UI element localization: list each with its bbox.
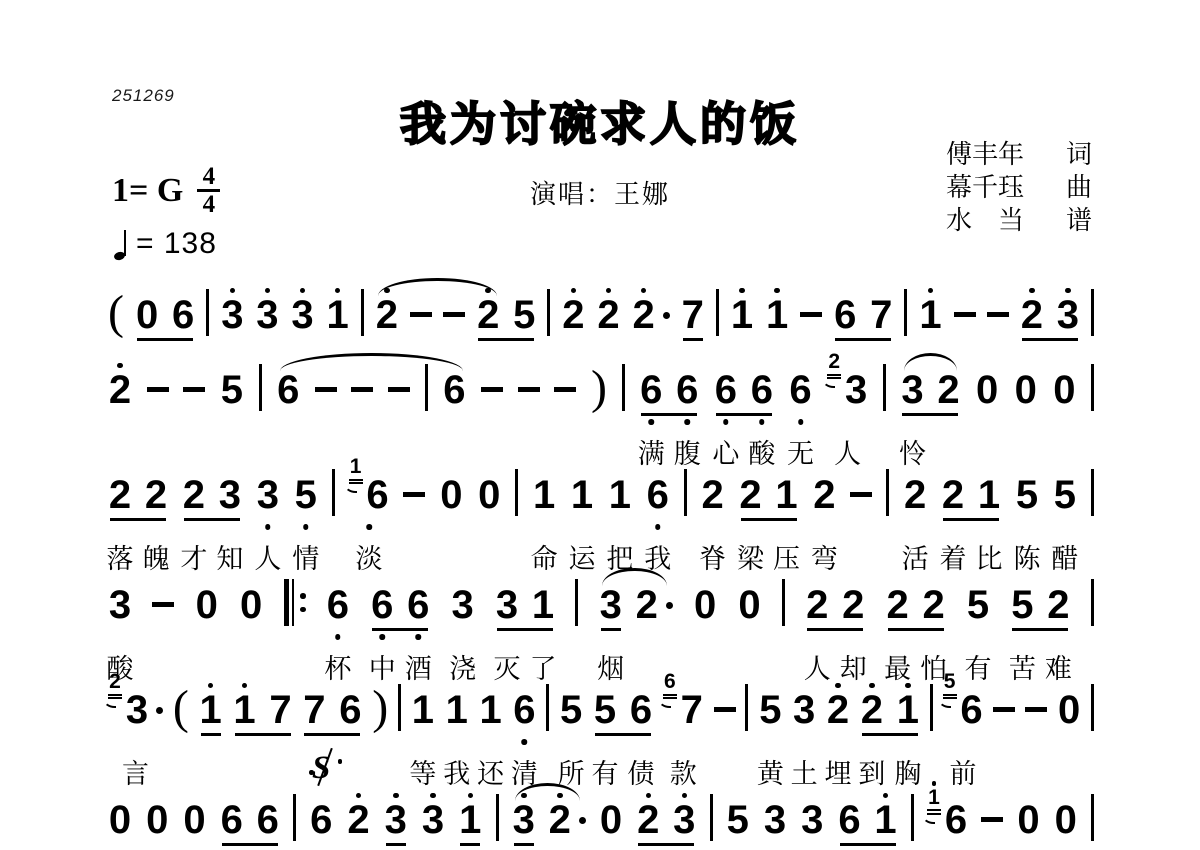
note-body: 1 [531,573,555,625]
note-body: 6 [646,463,670,515]
note-body: 2 [632,283,670,335]
note: 3 [763,788,787,840]
duration-dash [850,492,872,497]
digit-column: 0 [738,573,762,625]
note-digit: 6 [750,370,774,410]
digit-column: 3 [763,788,787,840]
note: 1 [326,283,350,335]
note: 23人 [827,358,868,410]
note: 1 [874,788,898,840]
digit-column: 2 [701,463,725,515]
note-digit: 3 [1056,295,1080,335]
beam-group: 17 [233,678,293,730]
note: 5黄 [758,678,782,730]
duration-dash [183,387,205,392]
digit-column: 2 [182,463,206,515]
digit-column: 6 [326,573,350,625]
note: 0 [693,573,717,625]
lyric: 债 [627,752,654,791]
digit-column: 6 [338,678,362,730]
digit-column: 3 [255,283,279,335]
digit-column: 6 [220,788,244,840]
digit-column: 0 [975,358,999,410]
digit-column: 6 [838,788,862,840]
digit-column: 6 [789,358,813,410]
grace-note: 2 [827,351,841,379]
note-body: 3 [800,788,824,840]
note: 3 [384,788,408,840]
note-body: 6 [171,283,195,335]
note-row: 2落2魄2才3知3人5情16淡001命1运1把6我2脊2梁1压2弯2活2着1比5… [108,463,1094,527]
note: 1胸 [896,678,920,730]
lyric: 有 [591,752,618,791]
note-digit: 2 [561,295,585,335]
duration-dash [518,387,540,392]
digit-column: 6 [833,283,857,335]
tempo-value: = 138 [136,227,217,261]
digit-column: 6 [675,358,699,410]
note: 2到 [860,678,884,730]
note: 1等 [411,678,435,730]
note-digit: 5 [1010,585,1034,625]
note-body: 3 [672,788,696,840]
digit-column: 0 [439,463,463,515]
note-digit: 7 [680,690,704,730]
digit-column: 0 [239,573,263,625]
digit-column: 2 [941,463,965,515]
note-digit: 3 [495,585,519,625]
digit-column: 1 [479,678,503,730]
digit-column: 0 [599,788,623,840]
note: 2落 [108,463,132,515]
note-body: 6 [675,358,699,410]
note-body: 0 [135,283,159,335]
note-body: 0 [195,573,219,625]
barline [547,289,550,336]
note: 3土 [792,678,816,730]
note-body: 6 [833,283,857,335]
note-digit: 0 [183,800,207,840]
digit-column: 0 [135,283,159,335]
note-body: 1 [233,678,257,730]
note-body: 3 [763,788,787,840]
note-body: 6 [714,358,738,410]
note: 1把 [608,463,632,515]
digit-column: 6 [629,678,653,730]
digit-column: 3 [384,788,408,840]
barline [206,289,209,336]
note: 6中 [370,573,394,625]
note-body: 2 [826,678,850,730]
lyric: 胸 [894,752,921,791]
note: 5苦 [1010,573,1034,625]
note-body: 2 [347,788,371,840]
note-body: 1 [326,283,350,335]
note: 0 [135,283,159,335]
digit-column: 3 [291,283,315,335]
digit-column: 5 [758,678,782,730]
note-digit: 5 [294,475,318,515]
digit-column: 5 [593,678,617,730]
note-body: 3 [256,463,280,515]
digit-column: 0 [1017,788,1041,840]
beam-group: 67 [833,283,893,335]
note-digit: 2 [635,585,659,625]
note: 6酸 [750,358,774,410]
beam-group: 3灭1了 [495,573,555,625]
note-digit: 2 [632,295,656,335]
note-body: 23 [827,358,868,410]
duration-dash [443,312,465,317]
credit-role: 词 [1066,138,1092,171]
note: 3 [421,788,445,840]
note-body: 2 [636,788,660,840]
note-body: 2 [561,283,585,335]
note: 2 [632,283,670,335]
lyric: 脊 [699,537,726,576]
note-body: 7 [302,678,326,730]
note-digit: 2 [739,475,763,515]
note-digit: 5 [1015,475,1039,515]
digit-column: 2 [561,283,585,335]
note: 7 [681,283,705,335]
digit-column: 2 [1020,283,1044,335]
note-body: 5 [220,358,244,410]
digit-column: 1 [233,678,257,730]
digit-column: 1 [919,283,943,335]
digit-column: 2 [739,463,763,515]
digit-column: 1 [445,678,469,730]
lyric: 陈 [1013,537,1040,576]
note-body: 3 [108,573,132,625]
digit-column: 0 [108,788,132,840]
note-digit: 0 [108,800,132,840]
note: 2弯 [812,463,836,515]
digit-column: 2 [812,463,836,515]
duration-dash [388,387,410,392]
note: 16 [927,788,968,840]
digit-column: 3 [800,788,824,840]
parenthesis: ) [372,682,388,734]
note: 6 [838,788,862,840]
duration-dash [554,387,576,392]
digit-column: 6 [406,573,430,625]
note-digit: 3 [218,475,242,515]
digit-column: 3 [1056,283,1080,335]
note-digit: 0 [135,295,159,335]
note-digit: 6 [370,585,394,625]
note-body: 0 [599,788,623,840]
note-digit: 3 [256,475,280,515]
note-body: 2 [922,573,946,625]
note: 6酒 [406,573,430,625]
beam-group: 2梁1压 [739,463,799,515]
digit-column: 0 [183,788,207,840]
note-digit: 6 [646,475,670,515]
note-digit: 1 [977,475,1001,515]
note: 3浇 [451,573,475,625]
note: 0 [975,358,999,410]
note-body: 1 [199,678,223,730]
note-digit: 0 [599,800,623,840]
barline [1091,579,1094,626]
note-body: 6 [512,678,536,730]
digit-column: 3 [672,788,696,840]
lyric: 黄 [757,752,784,791]
note: 0 [738,573,762,625]
note-body: 5 [966,573,990,625]
digit-column: 3 [108,573,132,625]
note-body: 2 [860,678,884,730]
digit-column: 6 [366,463,390,515]
note-body: 0 [477,463,501,515]
note-digit: 1 [326,295,350,335]
note: 1压 [775,463,799,515]
digit-column: 2 [922,573,946,625]
score-line-6: 000666233132023533611600 [108,788,1094,850]
credit-name: 傅丰年 [946,138,1024,171]
note-body: 0 [1052,358,1076,410]
note: 6债 [629,678,653,730]
note-body: 5 [1015,463,1039,515]
note: 6满 [639,358,663,410]
note-body: 6 [326,573,350,625]
note-body: 2 [886,573,910,625]
beam-group: 2着1比 [941,463,1001,515]
note: 16淡 [349,463,390,515]
barline [361,289,364,336]
note-digit: 2 [1046,585,1070,625]
note-digit: 2 [886,585,910,625]
digit-column: 0 [195,573,219,625]
note: 0 [183,788,207,840]
note-digit: 0 [1014,370,1038,410]
grace-note: 6 [663,671,677,699]
note-digit: 5 [726,800,750,840]
note-digit: 2 [860,690,884,730]
note-digit: 6 [366,475,390,515]
note-body: 3 [792,678,816,730]
beam-group: 2人2却 [805,573,865,625]
note-body: 6 [750,358,774,410]
note-body: 6 [789,358,813,410]
note-body: 1 [730,283,754,335]
barline [1091,684,1094,731]
digit-column: 6 [714,358,738,410]
digit-column: 1 [531,573,555,625]
digit-column: 2 [826,678,850,730]
grace-note: 1 [927,781,941,815]
note: 6 [309,788,333,840]
note-body: 0 [239,573,263,625]
note-digit: 6 [838,800,862,840]
note: 3灭 [495,573,519,625]
barline [1091,794,1094,841]
note: 23言 [108,678,163,730]
barline [886,469,889,516]
digit-column: 1 [874,788,898,840]
note: 5醋 [1053,463,1077,515]
digit-column: 1 [326,283,350,335]
note-body: 6 [406,573,430,625]
note-digit: 1 [411,690,435,730]
digit-column: 0 [1054,788,1078,840]
duration-dash [981,817,1003,822]
grace-note: 2 [108,671,122,699]
duration-dash [954,312,976,317]
note-body: 2 [941,463,965,515]
digit-column: 2 [144,463,168,515]
note-digit: 2 [597,295,621,335]
note-body: 1 [608,463,632,515]
digit-column: 3 [125,678,149,730]
grace-note: 1 [349,456,363,484]
lyric: 还 [477,752,504,791]
note-body: 0 [439,463,463,515]
beam-group: 2才3知 [182,463,242,515]
barline [710,794,713,841]
barline [1091,364,1094,411]
note-body: 3 [384,788,408,840]
note: 1运 [570,463,594,515]
note-digit: 2 [476,295,500,335]
note-digit: 1 [765,295,789,335]
note-digit: 6 [309,800,333,840]
note-digit: 1 [199,690,223,730]
note-digit: 0 [693,585,717,625]
beam-group: 2到1胸 [860,678,920,730]
note-digit: 3 [384,800,408,840]
digit-column: 3 [218,463,242,515]
lyric: 情 [292,537,319,576]
note: 1了 [531,573,555,625]
lyric: 人 [254,537,281,576]
digit-column: 2 [636,788,660,840]
note-body: 0 [145,788,169,840]
digit-column: 2 [108,463,132,515]
note-body: 1 [458,788,482,840]
lyric: 弯 [811,537,838,576]
lyric: 落 [107,537,134,576]
note: 2才 [182,463,206,515]
note: 2 [108,358,132,410]
slur-arc [280,353,463,371]
note-body: 0 [1057,678,1081,730]
digit-column: 3 [792,678,816,730]
digit-column: 3 [256,463,280,515]
note-body: 7 [269,678,293,730]
note: 3 [800,788,824,840]
note-body: 6 [220,788,244,840]
beam-group: 06 [135,283,195,335]
note: 7 [869,283,893,335]
duration-dash [987,312,1009,317]
digit-column: 6 [944,788,968,840]
note-digit: 1 [730,295,754,335]
barline [546,684,549,731]
digit-column: 7 [869,283,893,335]
score-line-1: (06333122522271167123 [108,283,1094,347]
segno-letter: S [312,750,330,786]
note-digit: 5 [758,690,782,730]
note-body: 2 [597,283,621,335]
digit-column: 2 [1046,573,1070,625]
note-digit: 6 [675,370,699,410]
note-digit: 6 [960,690,984,730]
note: 5陈 [1015,463,1039,515]
note-body: 2 [1046,573,1070,625]
barline [1091,289,1094,336]
note: 0 [477,463,501,515]
digit-column: 3 [421,788,445,840]
note: 5 [726,788,750,840]
note: 6 [833,283,857,335]
note-digit: 2 [701,475,725,515]
note-digit: 5 [593,690,617,730]
digit-column: 1 [765,283,789,335]
note-body: 6 [370,573,394,625]
note: 1 [765,283,789,335]
note-body: 3 [220,283,244,335]
digit-column: 1 [977,463,1001,515]
note: 6心 [714,358,738,410]
note: 2却 [841,573,865,625]
beam-group: 6中6酒 [370,573,430,625]
note: 2埋 [826,678,850,730]
note-row: 000666233132023533611600 [108,788,1094,850]
digit-column: 6 [256,788,280,840]
duration-dash [481,387,503,392]
note: 0 [1017,788,1041,840]
lyric: 我 [443,752,470,791]
note-body: 5 [559,678,583,730]
note-body: 0 [1054,788,1078,840]
digit-column: 2 [632,283,656,335]
note-row: 3酸006杯6中6酒3浇3灭1了3烟2002人2却2最2怕5有5苦2难 [108,573,1094,637]
note-body: 1 [874,788,898,840]
note-digit: 1 [532,475,556,515]
digit-column: 0 [1057,678,1081,730]
repeat-start-sign [284,579,306,626]
parenthesis: ( [108,287,124,339]
note-digit: 0 [975,370,999,410]
duration-dash [152,602,174,607]
note-digit: 0 [195,585,219,625]
note: 3 [220,283,244,335]
note-body: 2 [108,463,132,515]
lyric: 运 [568,537,595,576]
note-digit: 6 [276,370,300,410]
note: 2 [347,788,371,840]
note-digit: 3 [291,295,315,335]
note-body: 5 [726,788,750,840]
note-digit: 7 [302,690,326,730]
note: 5 [220,358,244,410]
beam-group: 61 [838,788,898,840]
barline [425,364,428,411]
digit-column: 1 [411,678,435,730]
note: 1比 [977,463,1001,515]
repeat-dots [300,579,306,626]
note-body: 2 [182,463,206,515]
digit-column: 0 [1052,358,1076,410]
note-digit: 6 [639,370,663,410]
note: 6无 [789,358,813,410]
note-digit: 2 [636,800,660,840]
note-body: 2 [108,358,132,410]
singer-label: 演唱：王娜 [0,174,1200,211]
tempo-marking: = 138 [114,226,217,262]
